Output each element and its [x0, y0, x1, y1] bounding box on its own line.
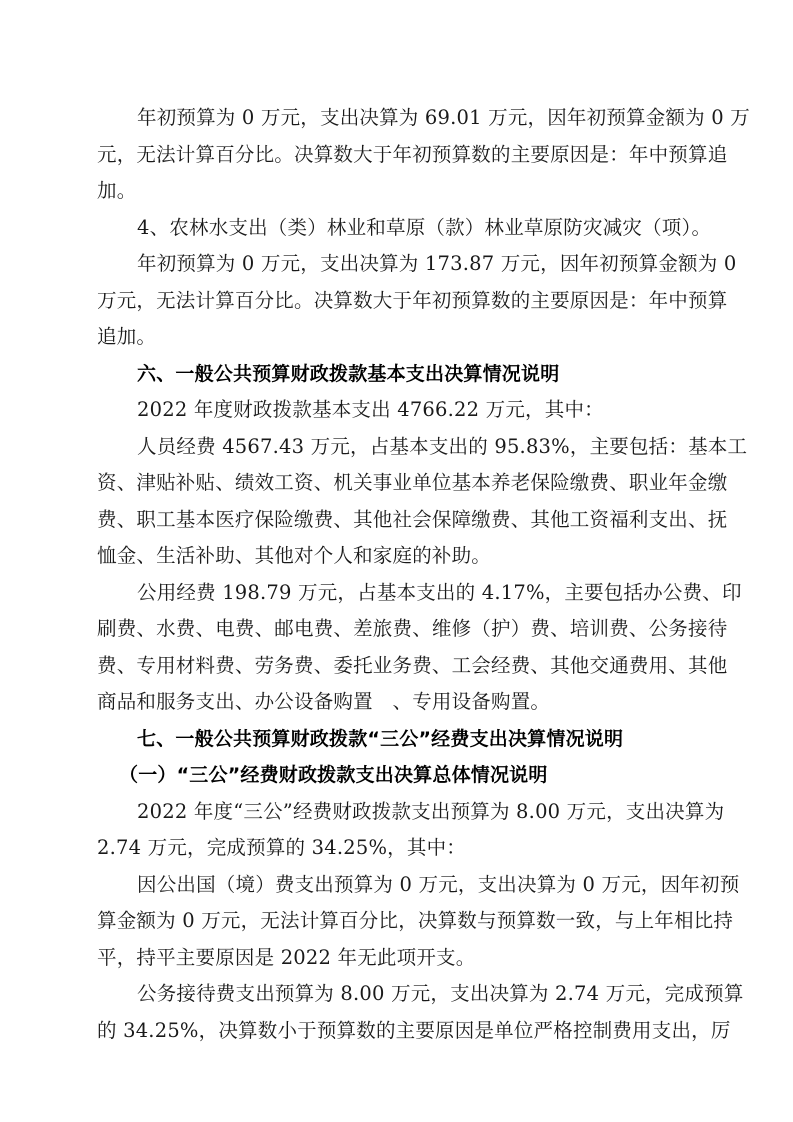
text-line: 刷费、水费、电费、邮电费、差旅费、维修（护）费、培训费、公务接待 — [97, 611, 697, 648]
section-heading-6: 六、一般公共预算财政拨款基本支出决算情况说明 — [97, 356, 697, 393]
paragraph: 年初预算为 0 万元，支出决算为 173.87 万元，因年初预算金额为 0 万元… — [97, 246, 697, 356]
paragraph: 公务接待费支出预算为 8.00 万元，支出决算为 2.74 万元，完成预算 的 … — [97, 976, 697, 1049]
text-line: 费、职工基本医疗保险缴费、其他社会保障缴费、其他工资福利支出、抚 — [97, 502, 697, 539]
text-line: 2.74 万元，完成预算的 34.25%，其中： — [97, 830, 697, 867]
text-line: 商品和服务支出、办公设备购置 、专用设备购置。 — [97, 684, 697, 721]
text-line: 算金额为 0 万元，无法计算百分比，决算数与预算数一致，与上年相比持 — [97, 903, 697, 940]
paragraph: 4、农林水支出（类）林业和草原（款）林业草原防灾减灾（项）。 — [97, 210, 697, 247]
text-line: 费、专用材料费、劳务费、委托业务费、工会经费、其他交通费用、其他 — [97, 648, 697, 685]
paragraph: 2022 年度财政拨款基本支出 4766.22 万元，其中： — [97, 392, 697, 429]
text-line: 追加。 — [97, 319, 697, 356]
text-line: 的 34.25%，决算数小于预算数的主要原因是单位严格控制费用支出，厉 — [97, 1013, 697, 1050]
subsection-heading-1: （一）“三公”经费财政拨款支出决算总体情况说明 — [97, 757, 697, 794]
text-line: 元，无法计算百分比。决算数大于年初预算数的主要原因是：年中预算追 — [97, 137, 697, 174]
text-line: 加。 — [97, 173, 697, 210]
text-line: 年初预算为 0 万元，支出决算为 69.01 万元，因年初预算金额为 0 万 — [97, 100, 697, 137]
text-line: 公务接待费支出预算为 8.00 万元，支出决算为 2.74 万元，完成预算 — [97, 976, 697, 1013]
document-page: 年初预算为 0 万元，支出决算为 69.01 万元，因年初预算金额为 0 万 元… — [97, 100, 697, 1049]
text-line: 年初预算为 0 万元，支出决算为 173.87 万元，因年初预算金额为 0 — [97, 246, 697, 283]
paragraph: 人员经费 4567.43 万元，占基本支出的 95.83%，主要包括：基本工 资… — [97, 429, 697, 575]
paragraph: 2022 年度“三公”经费财政拨款支出预算为 8.00 万元，支出决算为 2.7… — [97, 794, 697, 867]
text-line: 人员经费 4567.43 万元，占基本支出的 95.83%，主要包括：基本工 — [97, 429, 697, 466]
text-line: 4、农林水支出（类）林业和草原（款）林业草原防灾减灾（项）。 — [97, 210, 697, 247]
paragraph: 年初预算为 0 万元，支出决算为 69.01 万元，因年初预算金额为 0 万 元… — [97, 100, 697, 210]
paragraph: 公用经费 198.79 万元，占基本支出的 4.17%，主要包括办公费、印 刷费… — [97, 575, 697, 721]
text-line: 资、津贴补贴、绩效工资、机关事业单位基本养老保险缴费、职业年金缴 — [97, 465, 697, 502]
text-line: 2022 年度“三公”经费财政拨款支出预算为 8.00 万元，支出决算为 — [97, 794, 697, 831]
text-line: 万元，无法计算百分比。决算数大于年初预算数的主要原因是：年中预算 — [97, 283, 697, 320]
text-line: 恤金、生活补助、其他对个人和家庭的补助。 — [97, 538, 697, 575]
section-heading-7: 七、一般公共预算财政拨款“三公”经费支出决算情况说明 — [97, 721, 697, 758]
text-line: 2022 年度财政拨款基本支出 4766.22 万元，其中： — [97, 392, 697, 429]
text-line: 平，持平主要原因是 2022 年无此项开支。 — [97, 940, 697, 977]
paragraph: 因公出国（境）费支出预算为 0 万元，支出决算为 0 万元，因年初预 算金额为 … — [97, 867, 697, 977]
text-line: 因公出国（境）费支出预算为 0 万元，支出决算为 0 万元，因年初预 — [97, 867, 697, 904]
text-line: 公用经费 198.79 万元，占基本支出的 4.17%，主要包括办公费、印 — [97, 575, 697, 612]
